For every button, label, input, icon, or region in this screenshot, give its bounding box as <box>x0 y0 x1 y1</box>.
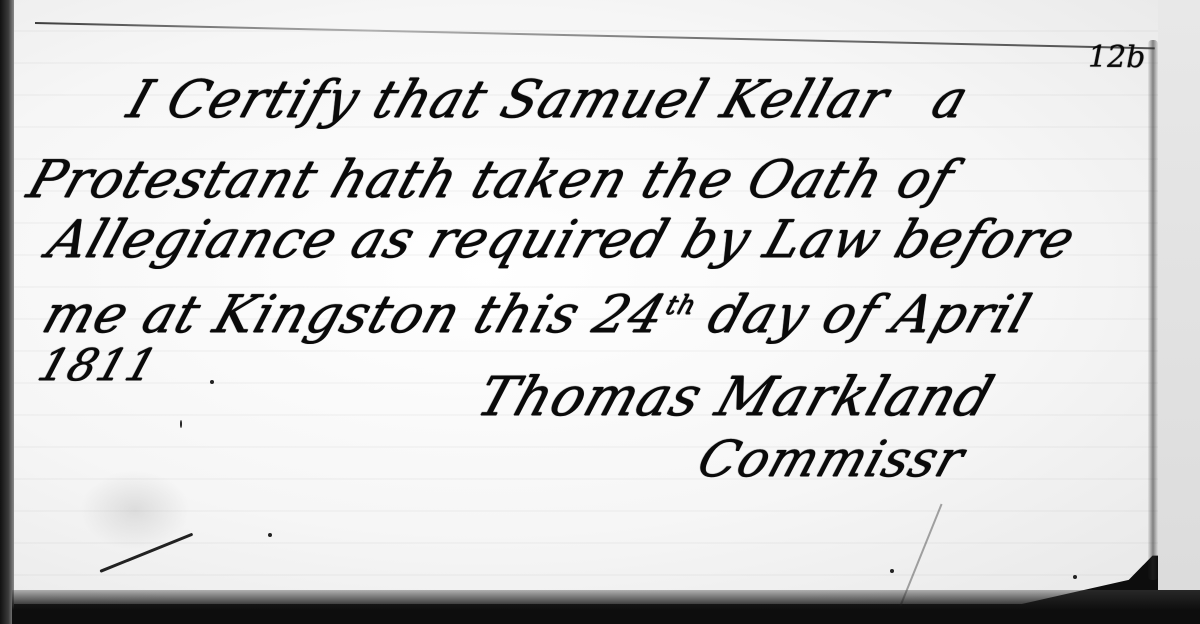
certificate-line-1-text: I Certify that Samuel Kellar <box>120 70 896 130</box>
signature-title: Commissr <box>691 430 972 488</box>
left-scan-border <box>0 0 14 624</box>
paper-fold-line <box>1148 40 1158 580</box>
ink-speck <box>890 569 894 573</box>
bottom-scan-border <box>12 590 1200 624</box>
paper-stain <box>80 470 190 550</box>
ink-speck <box>1073 575 1077 579</box>
certificate-line-4-pre: me at Kingston this 24 <box>35 285 673 345</box>
certificate-line-2: Protestant hath taken the Oath of <box>20 150 961 210</box>
right-paper-margin <box>1158 0 1200 590</box>
scanned-document: 12b I Certify that Samuel Kellar a Prote… <box>0 0 1200 624</box>
certificate-year: 1811 <box>32 340 165 391</box>
ink-speck <box>268 533 272 537</box>
signature-name: Thomas Markland <box>470 365 1002 428</box>
certificate-line-3: Allegiance as required by Law before <box>40 210 1083 270</box>
certificate-line-1: I Certify that Samuel Kellar a <box>120 70 976 130</box>
margin-reference-number: 12b <box>1088 40 1145 75</box>
ink-speck <box>210 380 214 384</box>
ink-speck <box>180 420 182 428</box>
certificate-line-4-post: day of April <box>683 285 1038 345</box>
certificate-line-4: me at Kingston this 24th day of April <box>35 285 1038 345</box>
